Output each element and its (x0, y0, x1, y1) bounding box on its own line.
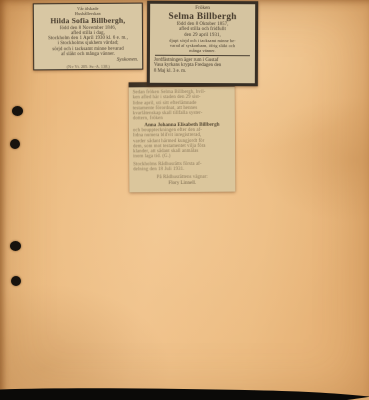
photo-bottom-edge (0, 384, 369, 400)
funeral-info-line: 8 Maj kl. 3 e. m. (154, 69, 251, 75)
binder-hole (10, 241, 21, 251)
court-date-line: delning den 18 Juli 1931. (133, 167, 231, 173)
binder-hole (11, 276, 21, 286)
deceased-name: Hilda Sofia Billbergh, (38, 16, 138, 26)
backdrop-curve-shape (0, 388, 369, 400)
probate-text-line: inom laga tid. (G.) (133, 154, 231, 160)
notice-reference-number: (N:r Vt. 205. Sv.-A. 138.) (38, 63, 138, 69)
binder-hole (12, 106, 23, 116)
obituary-clipping-hilda: Vår älskade Hushållerskan Hilda Sofia Bi… (33, 3, 143, 71)
official-signature: Flory Linnell. (133, 180, 231, 187)
notice-divider-rule (155, 55, 250, 56)
notice-line: många vänner. (154, 48, 251, 53)
obituary-clipping-selma: Fröken Selma Billbergh född den 8 Oktobe… (147, 1, 258, 86)
probate-notice-clipping: Sedan fröken Selma Billbergh, hvil- ken … (129, 82, 236, 193)
deceased-name: Selma Billbergh (154, 11, 251, 22)
binder-hole (10, 139, 20, 149)
album-page: Vår älskade Hushållerskan Hilda Sofia Bi… (0, 0, 369, 400)
photo-of-album-page: Vår älskade Hushållerskan Hilda Sofia Bi… (0, 0, 369, 400)
